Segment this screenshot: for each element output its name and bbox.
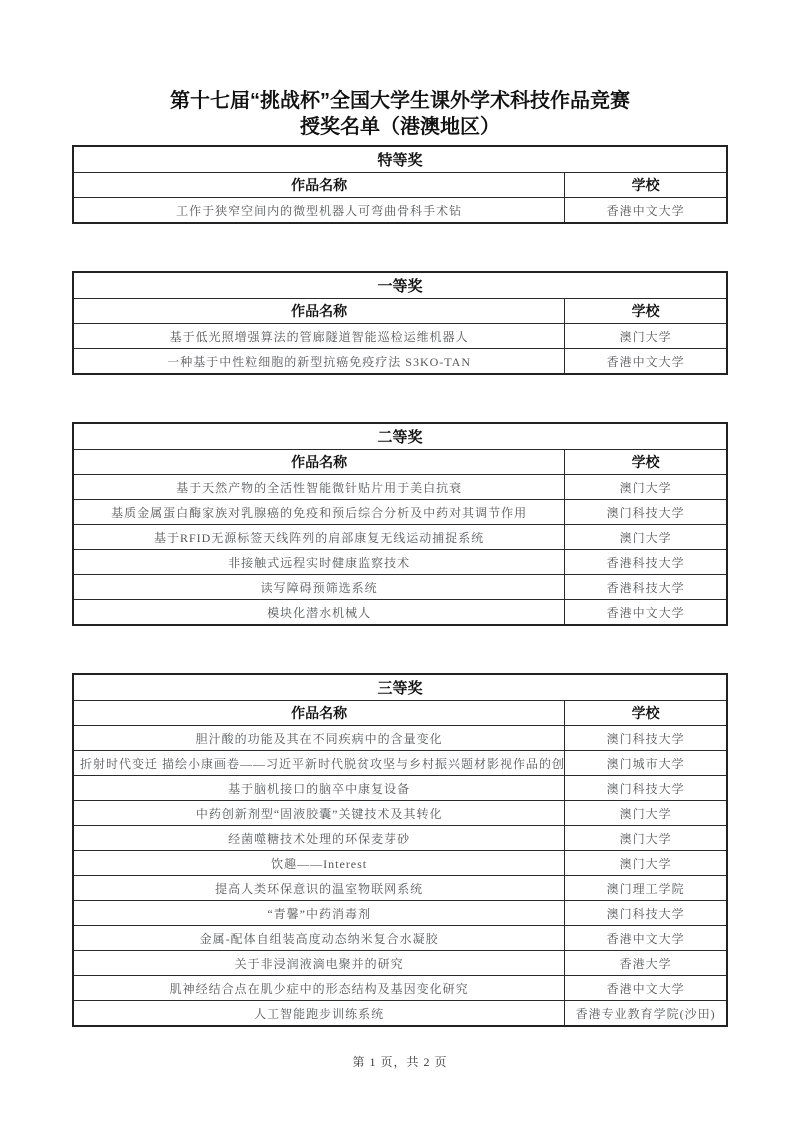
work-cell: 模块化潜水机械人: [73, 600, 565, 626]
col-header-work: 作品名称: [73, 450, 565, 475]
table-row: “青馨”中药消毒剂 澳门科技大学: [73, 901, 727, 926]
table-row: 折射时代变迁 描绘小康画卷——习近平新时代脱贫攻坚与乡村振兴题材影视作品的创作与…: [73, 751, 727, 776]
page-title-line2: 授奖名单（港澳地区）: [72, 114, 728, 140]
award-band-row: 一等奖: [73, 272, 727, 299]
work-cell: 基于天然产物的全活性智能微针贴片用于美白抗衰: [73, 475, 565, 500]
table-row: 模块化潜水机械人 香港中文大学: [73, 600, 727, 626]
school-cell: 香港科技大学: [565, 550, 727, 575]
col-header-school: 学校: [565, 299, 727, 324]
school-cell: 澳门大学: [565, 525, 727, 550]
table-row: 基于低光照增强算法的管廊隧道智能巡检运维机器人 澳门大学: [73, 324, 727, 349]
school-cell: 香港科技大学: [565, 575, 727, 600]
column-header-row: 作品名称 学校: [73, 173, 727, 198]
work-cell: 一种基于中性粒细胞的新型抗癌免疫疗法 S3KO-TAN: [73, 349, 565, 375]
award-title: 二等奖: [73, 423, 727, 450]
col-header-work: 作品名称: [73, 299, 565, 324]
award-title: 特等奖: [73, 146, 727, 173]
school-cell: 澳门大学: [565, 475, 727, 500]
award-title: 三等奖: [73, 674, 727, 701]
school-cell: 澳门科技大学: [565, 901, 727, 926]
table-row: 经菌噬糖技术处理的环保麦芽砂 澳门大学: [73, 826, 727, 851]
school-cell: 澳门科技大学: [565, 500, 727, 525]
page-title-line1: 第十七届“挑战杯”全国大学生课外学术科技作品竞赛: [72, 88, 728, 114]
school-cell: 澳门城市大学: [565, 751, 727, 776]
work-cell: 基质金属蛋白酶家族对乳腺癌的免疫和预后综合分析及中药对其调节作用: [73, 500, 565, 525]
col-header-school: 学校: [565, 450, 727, 475]
school-cell: 澳门理工学院: [565, 876, 727, 901]
school-cell: 香港中文大学: [565, 926, 727, 951]
column-header-row: 作品名称 学校: [73, 450, 727, 475]
award-tables: 特等奖 作品名称 学校 工作于狭窄空间内的微型机器人可弯曲骨科手术钻 香港中文大…: [72, 145, 728, 1027]
table-row: 肌神经结合点在肌少症中的形态结构及基因变化研究 香港中文大学: [73, 976, 727, 1001]
work-cell: 基于脑机接口的脑卒中康复设备: [73, 776, 565, 801]
work-cell: 基于RFID无源标签天线阵列的肩部康复无线运动捕捉系统: [73, 525, 565, 550]
table-row: 金属-配体自组装高度动态纳米复合水凝胶 香港中文大学: [73, 926, 727, 951]
school-cell: 澳门大学: [565, 826, 727, 851]
col-header-work: 作品名称: [73, 701, 565, 726]
table-row: 基于脑机接口的脑卒中康复设备 澳门科技大学: [73, 776, 727, 801]
award-title: 一等奖: [73, 272, 727, 299]
award-table: 三等奖 作品名称 学校 胆汁酸的功能及其在不同疾病中的含量变化 澳门科技大学 折…: [72, 673, 728, 1027]
table-row: 提高人类环保意识的温室物联网系统 澳门理工学院: [73, 876, 727, 901]
work-cell: 人工智能跑步训练系统: [73, 1001, 565, 1027]
school-cell: 香港中文大学: [565, 349, 727, 375]
award-table: 特等奖 作品名称 学校 工作于狭窄空间内的微型机器人可弯曲骨科手术钻 香港中文大…: [72, 145, 728, 224]
table-row: 一种基于中性粒细胞的新型抗癌免疫疗法 S3KO-TAN 香港中文大学: [73, 349, 727, 375]
school-cell: 香港中文大学: [565, 976, 727, 1001]
school-cell: 澳门科技大学: [565, 776, 727, 801]
work-cell: 胆汁酸的功能及其在不同疾病中的含量变化: [73, 726, 565, 751]
award-band-row: 特等奖: [73, 146, 727, 173]
award-table: 二等奖 作品名称 学校 基于天然产物的全活性智能微针贴片用于美白抗衰 澳门大学 …: [72, 422, 728, 626]
school-cell: 澳门大学: [565, 324, 727, 349]
work-cell: 肌神经结合点在肌少症中的形态结构及基因变化研究: [73, 976, 565, 1001]
award-table: 一等奖 作品名称 学校 基于低光照增强算法的管廊隧道智能巡检运维机器人 澳门大学…: [72, 271, 728, 375]
work-cell: 工作于狭窄空间内的微型机器人可弯曲骨科手术钻: [73, 198, 565, 224]
page-title: 第十七届“挑战杯”全国大学生课外学术科技作品竞赛 授奖名单（港澳地区）: [72, 0, 728, 140]
school-cell: 澳门大学: [565, 851, 727, 876]
table-row: 基质金属蛋白酶家族对乳腺癌的免疫和预后综合分析及中药对其调节作用 澳门科技大学: [73, 500, 727, 525]
school-cell: 澳门科技大学: [565, 726, 727, 751]
table-row: 关于非浸润液滴电聚并的研究 香港大学: [73, 951, 727, 976]
table-row: 工作于狭窄空间内的微型机器人可弯曲骨科手术钻 香港中文大学: [73, 198, 727, 224]
col-header-school: 学校: [565, 173, 727, 198]
table-row: 胆汁酸的功能及其在不同疾病中的含量变化 澳门科技大学: [73, 726, 727, 751]
page-footer: 第 1 页，共 2 页: [72, 1053, 728, 1070]
column-header-row: 作品名称 学校: [73, 701, 727, 726]
award-band-row: 二等奖: [73, 423, 727, 450]
table-row: 读写障碍预筛选系统 香港科技大学: [73, 575, 727, 600]
table-row: 人工智能跑步训练系统 香港专业教育学院(沙田): [73, 1001, 727, 1027]
work-cell: 金属-配体自组装高度动态纳米复合水凝胶: [73, 926, 565, 951]
work-cell: 基于低光照增强算法的管廊隧道智能巡检运维机器人: [73, 324, 565, 349]
school-cell: 香港中文大学: [565, 600, 727, 626]
document-page: 第十七届“挑战杯”全国大学生课外学术科技作品竞赛 授奖名单（港澳地区） 特等奖 …: [72, 0, 728, 1070]
school-cell: 香港专业教育学院(沙田): [565, 1001, 727, 1027]
work-cell: 提高人类环保意识的温室物联网系统: [73, 876, 565, 901]
table-row: 非接触式远程实时健康监察技术 香港科技大学: [73, 550, 727, 575]
work-cell: 关于非浸润液滴电聚并的研究: [73, 951, 565, 976]
award-band-row: 三等奖: [73, 674, 727, 701]
table-row: 基于天然产物的全活性智能微针贴片用于美白抗衰 澳门大学: [73, 475, 727, 500]
school-cell: 香港中文大学: [565, 198, 727, 224]
work-cell: 非接触式远程实时健康监察技术: [73, 550, 565, 575]
school-cell: 澳门大学: [565, 801, 727, 826]
table-row: 基于RFID无源标签天线阵列的肩部康复无线运动捕捉系统 澳门大学: [73, 525, 727, 550]
table-row: 饮趣——Interest 澳门大学: [73, 851, 727, 876]
table-row: 中药创新剂型“固液胶囊”关键技术及其转化 澳门大学: [73, 801, 727, 826]
col-header-school: 学校: [565, 701, 727, 726]
work-cell: 读写障碍预筛选系统: [73, 575, 565, 600]
col-header-work: 作品名称: [73, 173, 565, 198]
work-cell: 饮趣——Interest: [73, 851, 565, 876]
column-header-row: 作品名称 学校: [73, 299, 727, 324]
work-cell: 经菌噬糖技术处理的环保麦芽砂: [73, 826, 565, 851]
work-cell: 中药创新剂型“固液胶囊”关键技术及其转化: [73, 801, 565, 826]
work-cell: 折射时代变迁 描绘小康画卷——习近平新时代脱贫攻坚与乡村振兴题材影视作品的创作与…: [73, 751, 565, 776]
work-cell: “青馨”中药消毒剂: [73, 901, 565, 926]
school-cell: 香港大学: [565, 951, 727, 976]
